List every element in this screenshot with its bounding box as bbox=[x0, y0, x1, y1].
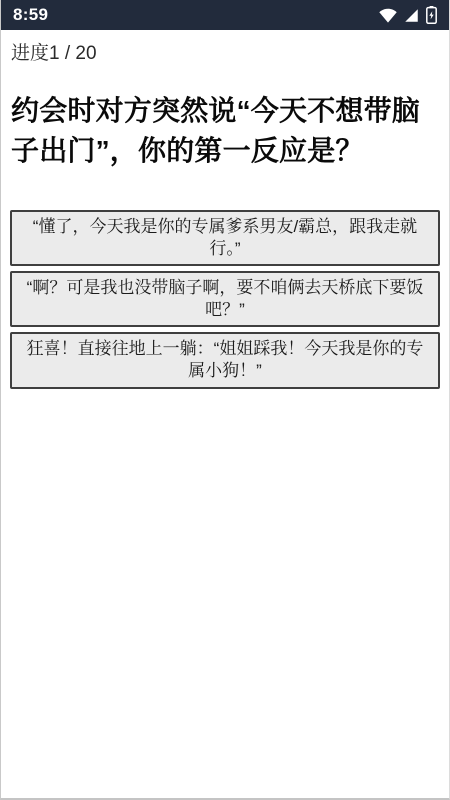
option-button-3[interactable]: 狂喜！直接往地上一躺：“姐姐踩我！今天我是你的专属小狗！” bbox=[10, 332, 440, 388]
option-button-2[interactable]: “啊？可是我也没带脑子啊，要不咱俩去天桥底下要饭吧？” bbox=[10, 271, 440, 327]
options-list: “懂了，今天我是你的专属爹系男友/霸总，跟我走就行。” “啊？可是我也没带脑子啊… bbox=[1, 210, 449, 389]
status-time: 8:59 bbox=[13, 5, 48, 25]
option-button-1[interactable]: “懂了，今天我是你的专属爹系男友/霸总，跟我走就行。” bbox=[10, 210, 440, 266]
app-screen: 8:59 进度1 / 20 约会时对方突然说“今天不想带脑子出门”，你的第一反应… bbox=[0, 0, 450, 800]
cellular-signal-icon bbox=[404, 8, 419, 23]
status-bar: 8:59 bbox=[1, 0, 449, 30]
status-icons bbox=[379, 6, 437, 24]
question-title: 约会时对方突然说“今天不想带脑子出门”，你的第一反应是？ bbox=[11, 91, 439, 172]
progress-indicator: 进度1 / 20 bbox=[11, 43, 439, 66]
battery-charging-icon bbox=[426, 6, 437, 24]
wifi-icon bbox=[379, 8, 397, 23]
